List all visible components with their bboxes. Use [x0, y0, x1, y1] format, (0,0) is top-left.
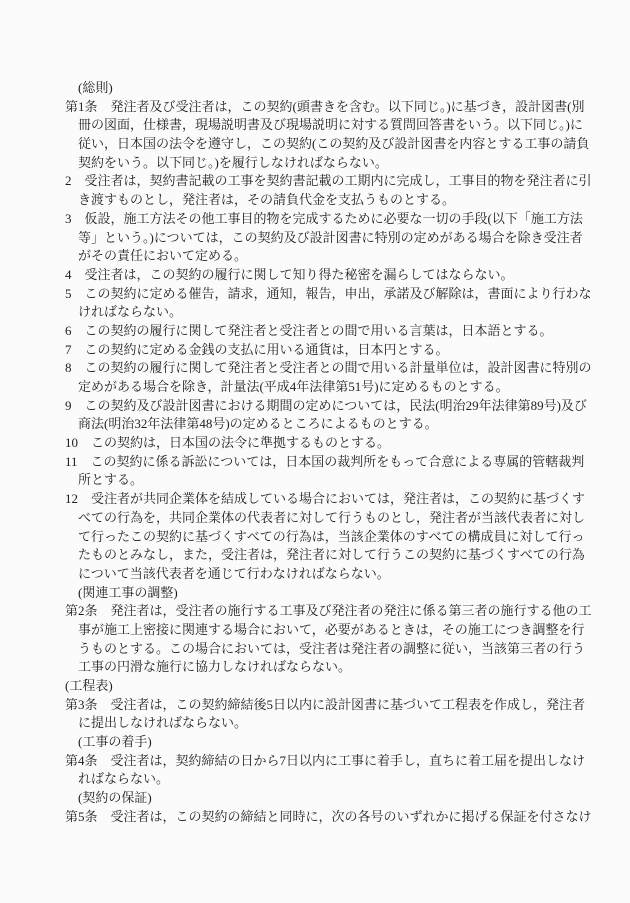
document-line: (工程表)	[65, 677, 577, 696]
document-line: 工事の円滑な施行に協力しなければならない。	[65, 658, 577, 677]
document-line: (総則)	[65, 79, 577, 98]
document-line: うものとする。この場合においては，受注者は発注者の調整に従い，当該第三者の行う	[65, 640, 577, 659]
document-line: (契約の保証)	[65, 789, 577, 808]
document-line: 3 仮設，施工方法その他工事目的物を完成するために必要な一切の手段(以下「施工方…	[65, 210, 577, 229]
document-line: 9 この契約及び設計図書における期間の定めについては，民法(明治29年法律第89…	[65, 397, 577, 416]
document-line: に提出しなければならない。	[65, 714, 577, 733]
document-line: 11 この契約に係る訴訟については，日本国の裁判所をもって合意による専属的管轄裁…	[65, 453, 577, 472]
document-line: 冊の図面，仕様書，現場説明書及び現場説明に対する質問回答書をいう。以下同じ。)に	[65, 116, 577, 135]
document-line: 従い，日本国の法令を遵守し，この契約(この契約及び設計図書を内容とする工事の請負	[65, 135, 577, 154]
document-line: 第2条 発注者は，受注者の施行する工事及び発注者の発注に係る第三者の施行する他の…	[65, 602, 577, 621]
document-line: 定めがある場合を除き，計量法(平成4年法律第51号)に定めるものとする。	[65, 378, 577, 397]
document-line: 8 この契約の履行に関して発注者と受注者との間で用いる計量単位は，設計図書に特別…	[65, 359, 577, 378]
document-page: (総則)第1条 発注者及び受注者は，この契約(頭書きを含む。以下同じ。)に基づき…	[0, 0, 630, 903]
document-line: 所とする。	[65, 471, 577, 490]
document-body: (総則)第1条 発注者及び受注者は，この契約(頭書きを含む。以下同じ。)に基づき…	[65, 79, 577, 827]
document-line: 第1条 発注者及び受注者は，この契約(頭書きを含む。以下同じ。)に基づき，設計図…	[65, 98, 577, 117]
document-line: 10 この契約は，日本国の法令に準拠するものとする。	[65, 434, 577, 453]
document-line: 商法(明治32年法律第48号)の定めるところによるものとする。	[65, 415, 577, 434]
document-line: がその責任において定める。	[65, 247, 577, 266]
document-line: 12 受注者が共同企業体を結成している場合においては，発注者は，この契約に基づく…	[65, 490, 577, 509]
document-line: 事が施工上密接に関連する場合において，必要があるときは，その施工につき調整を行	[65, 621, 577, 640]
document-line: (関連工事の調整)	[65, 584, 577, 603]
document-line: き渡すものとし，発注者は，その請負代金を支払うものとする。	[65, 191, 577, 210]
document-line: 第5条 受注者は，この契約の締結と同時に，次の各号のいずれかに掲げる保証を付さな…	[65, 808, 577, 827]
document-line: 7 この契約に定める金銭の支払に用いる通貨は，日本円とする。	[65, 341, 577, 360]
document-line: 第4条 受注者は，契約締結の日から7日以内に工事に着手し，直ちに着工届を提出しな…	[65, 752, 577, 771]
document-line: 等」という。)については，この契約及び設計図書に特別の定めがある場合を除き受注者	[65, 229, 577, 248]
document-line: 2 受注者は，契約書記載の工事を契約書記載の工期内に完成し，工事目的物を発注者に…	[65, 172, 577, 191]
document-line: 契約をいう。以下同じ。)を履行しなければならない。	[65, 154, 577, 173]
document-line: 第3条 受注者は，この契約締結後5日以内に設計図書に基づいて工程表を作成し，発注…	[65, 696, 577, 715]
document-line: べての行為を，共同企業体の代表者に対して行うものとし，発注者が当該代表者に対し	[65, 509, 577, 528]
document-line: 4 受注者は，この契約の履行に関して知り得た秘密を漏らしてはならない。	[65, 266, 577, 285]
document-line: ればならない。	[65, 770, 577, 789]
document-line: ければならない。	[65, 303, 577, 322]
document-line: たものとみなし，また，受注者は，発注者に対して行うこの契約に基づくすべての行為	[65, 546, 577, 565]
document-line: 6 この契約の履行に関して発注者と受注者との間で用いる言葉は，日本語とする。	[65, 322, 577, 341]
document-line: て行ったこの契約に基づくすべての行為は，当該企業体のすべての構成員に対して行っ	[65, 528, 577, 547]
document-line: について当該代表者を通じて行わなければならない。	[65, 565, 577, 584]
document-line: (工事の着手)	[65, 733, 577, 752]
document-line: 5 この契約に定める催告，請求，通知，報告，申出，承諾及び解除は，書面により行わ…	[65, 285, 577, 304]
